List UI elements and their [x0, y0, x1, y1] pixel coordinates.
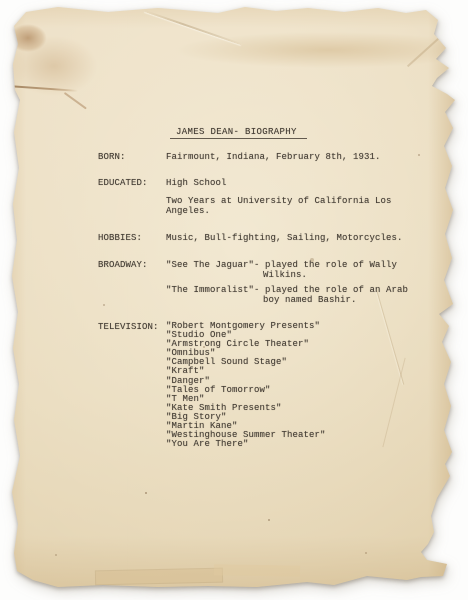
born-value: Fairmount, Indiana, February 8th, 1931. — [166, 152, 381, 162]
educated-line2: Two Years at University of California Lo… — [166, 196, 392, 206]
broadway-entry1-line1: "See The Jaguar"- played the role of Wal… — [166, 260, 397, 270]
broadway-label: BROADWAY: — [98, 260, 148, 270]
hobbies-value: Music, Bull-fighting, Sailing, Motorcycl… — [166, 233, 403, 243]
page-title: JAMES DEAN- BIOGRAPHY — [170, 127, 307, 139]
page-title-text: JAMES DEAN- BIOGRAPHY — [176, 127, 297, 137]
broadway-entry1-line2: Wilkins. — [263, 270, 307, 280]
television-list: "Robert Montgomery Presents" "Studio One… — [166, 322, 326, 449]
broadway-entry2-line1: "The Immoralist"- played the role of an … — [166, 285, 408, 295]
educated-label: EDUCATED: — [98, 178, 148, 188]
broadway-entry2-line2: boy named Bashir. — [263, 295, 357, 305]
document-paper: JAMES DEAN- BIOGRAPHY BORN: Fairmount, I… — [8, 4, 456, 594]
born-label: BORN: — [98, 152, 126, 162]
hobbies-label: HOBBIES: — [98, 233, 142, 243]
photo-background: JAMES DEAN- BIOGRAPHY BORN: Fairmount, I… — [0, 0, 468, 600]
typewritten-text-layer: JAMES DEAN- BIOGRAPHY BORN: Fairmount, I… — [8, 4, 456, 594]
educated-line1: High School — [166, 178, 227, 188]
educated-line3: Angeles. — [166, 206, 210, 216]
television-label: TELEVISION: — [98, 322, 159, 332]
television-item: "You Are There" — [166, 440, 326, 449]
document-paper-wrap: JAMES DEAN- BIOGRAPHY BORN: Fairmount, I… — [8, 4, 456, 594]
